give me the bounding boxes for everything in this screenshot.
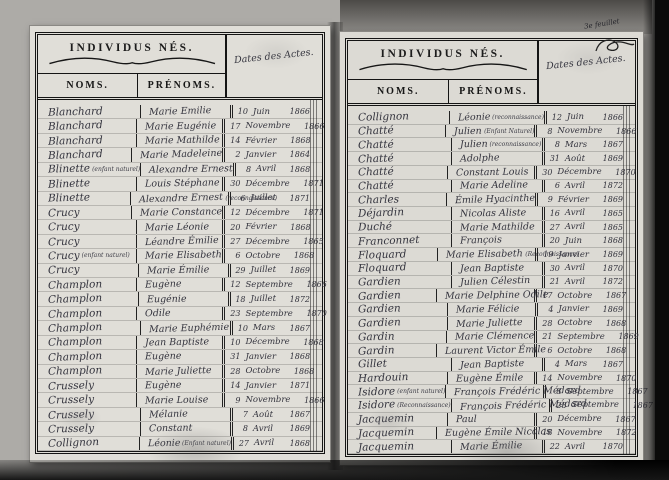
date-day: 30	[537, 168, 552, 177]
date-year: 1864	[276, 150, 322, 159]
date-year: 1866	[589, 113, 635, 122]
cell-prenoms: Émile Hyacinthe	[447, 193, 535, 206]
date-day: 28	[537, 319, 552, 328]
cell-nom: Jacquemin	[348, 440, 452, 453]
date-day: 30	[545, 264, 560, 273]
cell-nom: Crucy	[38, 220, 137, 233]
cell-nom: Crucy	[38, 264, 139, 277]
register-row: Collignon Léonie (reconnaissance) 12 Jui…	[348, 111, 635, 125]
cell-date: 27 Décembre 1865	[222, 235, 322, 248]
register-row: Jacquemin Paul 20 Décembre 1867	[348, 413, 635, 427]
cell-date: 6 Octobre 1868	[534, 344, 635, 357]
date-month: Novembre	[552, 428, 602, 438]
date-month: Octobre	[552, 346, 592, 356]
firstnames-text: Émile Hyacinthe	[455, 193, 535, 207]
date-year: 1868	[276, 439, 322, 448]
cell-nom: Blanchard	[38, 134, 137, 147]
date-day: 30	[225, 179, 240, 188]
date-month: Septembre	[552, 332, 604, 342]
date-month: Décembre	[240, 337, 289, 347]
date-month: Février	[553, 195, 589, 205]
cell-prenoms: Léonie (reconnaissance)	[450, 111, 544, 124]
firstnames-text: Marie Léonie	[145, 221, 209, 233]
surname-text: Isidore	[358, 385, 395, 398]
cell-prenoms: Marie Mathilde	[137, 134, 223, 147]
date-month: Novembre	[240, 395, 290, 405]
date-day: 6	[225, 251, 240, 260]
cell-nom: Hardouin	[348, 372, 448, 385]
cell-prenoms: François Frédéric Médard	[446, 385, 543, 398]
date-day: 18	[231, 295, 246, 304]
register-row: Blanchard Marie Madeleine 2 Janvier 1864	[38, 148, 322, 162]
firstnames-text: Marie Delphine Odile	[445, 289, 549, 302]
cell-nom: Crussely	[38, 393, 137, 406]
cell-date: 4 Mars 1867	[542, 358, 635, 371]
date-month: Janvier	[240, 381, 276, 391]
surname-text: Chatté	[358, 138, 394, 151]
firstnames-text: Eugène	[145, 380, 182, 392]
surname-text: Crucy	[48, 250, 80, 263]
cell-prenoms: Julien (Enfant Naturel)	[446, 125, 534, 138]
date-month: Mars	[248, 323, 276, 333]
date-month: Décembre	[240, 179, 289, 189]
cell-prenoms: Marie Louise	[137, 393, 223, 406]
cell-date: 22 Avril 1870	[542, 440, 635, 453]
date-day: 8	[537, 127, 552, 136]
cell-date: 10 Juin 1866	[230, 105, 322, 118]
date-year: 1871	[276, 381, 322, 390]
cell-date: 6 Octobre 1868	[222, 249, 322, 262]
surname-text: Gardien	[358, 316, 401, 330]
cell-prenoms: Marie Constance	[132, 206, 222, 219]
cell-prenoms: Constant Louis	[448, 166, 535, 179]
firstnames-text: Adolphe	[460, 152, 500, 164]
date-day: 12	[547, 113, 562, 122]
surname-text: Crussely	[48, 394, 94, 407]
date-year: 1866	[290, 396, 336, 405]
paraph-flourish-icon	[592, 36, 638, 56]
cell-date: 2 Janvier 1864	[222, 148, 322, 161]
date-year: 1868	[280, 367, 326, 376]
surname-text: Gillet	[358, 358, 387, 371]
surname-text: Charles	[358, 193, 399, 206]
date-year: 1869	[276, 266, 322, 275]
cell-prenoms: Marie Émilie	[452, 440, 542, 453]
cell-nom: Blinette	[38, 192, 131, 205]
surname-text: Crussely	[48, 408, 95, 422]
cell-prenoms: Alexandre Ernest	[141, 163, 233, 176]
firstnames-text: Marie Félicie	[456, 303, 520, 315]
cell-date: 12 Décembre 1871	[222, 206, 322, 219]
cell-nom: Crucy (enfant naturel)	[38, 249, 137, 262]
surname-text: Crussely	[48, 379, 95, 393]
register-table-right: INDIVIDUS NÉS. NOMS. PRÉNOMS. Dates des …	[347, 40, 636, 455]
cell-nom: Floquard	[348, 248, 438, 261]
surname-text: Floquard	[358, 248, 407, 261]
cell-nom: Jacquemin	[348, 413, 448, 426]
firstnames-text: Marie Clémence	[455, 331, 534, 343]
date-month: Avril	[560, 442, 589, 452]
date-day: 22	[545, 442, 560, 451]
cell-prenoms: Eugène	[137, 350, 223, 363]
date-month: Mars	[560, 140, 589, 150]
cell-date: 28 Octobre 1868	[534, 317, 635, 330]
cell-date: 4 Janvier 1869	[535, 303, 635, 316]
date-month: Avril	[560, 181, 589, 191]
date-day: 19	[538, 250, 553, 259]
firstnames-text: Marie Juliette	[145, 365, 212, 378]
cell-nom: Blanchard	[38, 119, 137, 132]
cell-date: 18 Juillet 1872	[228, 292, 322, 305]
cell-prenoms: Marie Adeline	[452, 180, 542, 193]
date-year: 1867	[592, 291, 638, 300]
surname-text: Champlon	[48, 336, 102, 349]
cell-date: 8 Avril 1869	[230, 422, 322, 435]
date-month: Avril	[251, 164, 276, 174]
surname-text: Isidore	[358, 399, 396, 412]
cell-nom: Champlon	[38, 307, 137, 320]
cell-prenoms: Marie Émilie	[139, 264, 227, 277]
cell-date: 21 Septembre 1869	[534, 331, 635, 344]
register-page-left: INDIVIDUS NÉS. NOMS. PRÉNOMS. Dates des …	[30, 26, 330, 462]
date-year: 1869	[589, 154, 635, 163]
date-year: 1872	[602, 428, 648, 437]
register-row: Charles Émile Hyacinthe 9 Février 1869	[348, 193, 635, 207]
cell-prenoms: Jean Baptiste	[137, 336, 223, 349]
register-row: Gardien Marie Félicie 4 Janvier 1869	[348, 303, 635, 317]
date-month: Octobre	[240, 366, 280, 376]
date-day: 10	[233, 107, 248, 116]
surname-text: Floquard	[358, 261, 407, 275]
register-row: Gardien Julien Célestin 21 Avril 1872	[348, 276, 635, 290]
date-year: 1867	[602, 415, 648, 424]
register-row: Duché Marie Mathilde 27 Avril 1865	[348, 221, 635, 235]
cell-date: 30 Décembre 1871	[222, 177, 322, 190]
table-header-left: INDIVIDUS NÉS. NOMS. PRÉNOMS. Dates des …	[38, 35, 322, 100]
firstnames-text: Léandre Émilie	[145, 235, 219, 248]
surname-text: Crucy	[48, 221, 80, 234]
firstnames-text: Marie Émilie	[147, 264, 209, 276]
surname-text: Hardouin	[358, 371, 409, 385]
cell-date: 12 Juin 1866	[544, 111, 635, 124]
firstnames-text: Julien Célestin	[460, 275, 530, 288]
cell-prenoms: Constant	[141, 422, 230, 435]
date-month: Avril	[560, 222, 589, 232]
firstnames-note: (reconnaissance)	[492, 114, 544, 121]
register-row: Crucy Léandre Émilie 27 Décembre 1865	[38, 235, 322, 249]
surname-text: Gardien	[358, 275, 401, 288]
date-day: 20	[545, 236, 560, 245]
cell-date: 23 Septembre 1870	[222, 307, 322, 320]
date-day: 27	[545, 223, 560, 232]
cell-nom: Gardien	[348, 276, 452, 289]
firstnames-text: Laurent Victor Émile	[445, 344, 546, 357]
surname-text: Jacquemin	[358, 440, 414, 453]
cell-date: 17 Octobre 1867	[534, 289, 635, 302]
cell-date: 10 Mars 1867	[230, 321, 322, 334]
register-row: Déjardin Nicolas Aliste 16 Avril 1865	[348, 207, 635, 221]
date-year: 1868	[280, 251, 326, 260]
date-year: 1866	[293, 280, 339, 289]
register-row: Chatté Julien (reconnaissance) 8 Mars 18…	[348, 138, 635, 152]
cell-date: 31 Janvier 1868	[222, 350, 322, 363]
cell-prenoms: François	[452, 234, 542, 247]
cell-nom: Champlon	[38, 292, 139, 305]
date-year: 1865	[589, 223, 635, 232]
cell-date: 16 Avril 1865	[542, 207, 635, 220]
firstnames-text: Marie Adeline	[460, 180, 528, 192]
date-month: Novembre	[552, 126, 602, 136]
cell-prenoms: Marie Juliette	[448, 317, 535, 330]
cell-nom: Blinette	[38, 177, 137, 190]
cell-prenoms: Eugénie	[139, 292, 227, 305]
cell-nom: Jacquemin	[348, 427, 437, 440]
date-year: 1872	[276, 295, 322, 304]
cell-date: 20 Décembre 1867	[534, 413, 635, 426]
date-month: Août	[248, 410, 276, 420]
date-year: 1866	[276, 107, 322, 116]
cell-date: 21 Avril 1872	[542, 276, 635, 289]
firstnames-text: Marie Eugénie	[145, 120, 216, 132]
date-month: Octobre	[552, 318, 592, 328]
cell-nom: Isidore (Reconnaissance)	[348, 399, 452, 412]
date-month: Juin	[248, 107, 276, 117]
cell-nom: Champlon	[38, 321, 141, 334]
surname-text: Champlon	[48, 307, 102, 320]
firstnames-text: Eugénie	[147, 293, 187, 305]
date-day: 9	[538, 195, 553, 204]
column-header-dates: Dates des Actes.	[234, 47, 314, 66]
cell-prenoms: Eugène	[137, 379, 223, 392]
register-row: Champlon Eugène 31 Janvier 1868	[38, 350, 322, 364]
cell-nom: Gardien	[348, 317, 448, 330]
date-day: 31	[545, 154, 560, 163]
date-year: 1868	[277, 136, 323, 145]
cell-date: 12 Septembre 1866	[222, 278, 322, 291]
cell-date: 14 Novembre 1870	[534, 372, 635, 385]
register-row: Chatté Adolphe 31 Août 1869	[348, 152, 635, 166]
date-month: Février	[240, 136, 276, 146]
cell-prenoms: Jean Baptiste	[452, 262, 542, 275]
surname-note: (enfant naturel)	[82, 252, 130, 259]
cell-nom: Crucy	[38, 206, 132, 219]
column-headers: NOMS. PRÉNOMS.	[348, 79, 537, 103]
date-day: 14	[225, 136, 240, 145]
cell-nom: Crussely	[38, 379, 137, 392]
cell-date: 9 Novembre 1866	[222, 393, 322, 406]
date-year: 1870	[602, 168, 648, 177]
register-row: Champlon Marie Euphémie 10 Mars 1867	[38, 321, 322, 335]
date-day: 20	[537, 415, 552, 424]
register-row: Crussely Mélanie 7 Août 1867	[38, 408, 322, 422]
surname-note: (Reconnaissance)	[397, 402, 450, 409]
surname-text: Jacquemin	[358, 426, 415, 440]
cell-date: 9 Février 1869	[535, 193, 635, 206]
register-row: Champlon Eugène 12 Septembre 1866	[38, 278, 322, 292]
date-month: Janvier	[553, 250, 589, 260]
cell-date: 14 Janvier 1871	[222, 379, 322, 392]
cell-date: 8 Mars 1867	[542, 138, 635, 151]
firstnames-text: Marie Mathilde	[460, 221, 535, 233]
cell-prenoms: Laurent Victor Émile	[437, 344, 534, 357]
scanned-register-spread: INDIVIDUS NÉS. NOMS. PRÉNOMS. Dates des …	[0, 0, 669, 480]
date-month: Juin	[560, 236, 589, 246]
header-swash-ornament	[46, 55, 218, 67]
cell-prenoms: Marie Juliette	[137, 365, 223, 378]
register-row: Floquard Marie Elisabeth (Reconnaissance…	[348, 248, 635, 262]
firstnames-text: Constant	[149, 423, 193, 435]
cell-prenoms: Adolphe	[452, 152, 542, 165]
column-header-prenoms: PRÉNOMS.	[138, 74, 225, 97]
date-year: 1869	[589, 195, 635, 204]
date-month: Janvier	[240, 352, 276, 362]
date-day: 23	[225, 309, 240, 318]
book-edge-right	[655, 0, 669, 480]
register-row: Hardouin Eugène Émile 14 Novembre 1870	[348, 372, 635, 386]
date-day: 4	[545, 360, 560, 369]
cell-prenoms: Eugène Émile	[448, 372, 535, 385]
register-row: Blanchard Marie Eugénie 17 Novembre 1866	[38, 119, 322, 133]
firstnames-text: Eugène Émile	[456, 372, 523, 384]
surname-text: Collignon	[358, 111, 409, 124]
date-month: Juillet	[246, 294, 276, 304]
register-row: Gardien Marie Delphine Odile 17 Octobre …	[348, 289, 635, 303]
cell-nom: Champlon	[38, 336, 137, 349]
cell-nom: Déjardin	[348, 207, 452, 220]
date-day: 7	[233, 410, 248, 419]
column-header-noms: NOMS.	[348, 80, 449, 103]
date-day: 17	[225, 122, 240, 131]
date-day: 10	[225, 338, 240, 347]
register-row: Crucy (enfant naturel) Marie Elisabeth 6…	[38, 249, 322, 263]
cell-nom: Champlon	[38, 365, 137, 378]
firstnames-text: Marie Madeleine	[140, 148, 222, 162]
cell-prenoms: Marie Euphémie	[141, 321, 230, 334]
date-month: Décembre	[240, 237, 289, 247]
cell-nom: Crussely	[38, 422, 141, 435]
cell-date: 6 Juillet 1871	[228, 192, 322, 205]
cell-nom: Charles	[348, 193, 447, 206]
date-day: 21	[537, 332, 552, 341]
date-month: Octobre	[240, 251, 280, 261]
date-day: 16	[545, 209, 560, 218]
surname-note: (enfant naturel)	[92, 166, 140, 173]
register-row: Champlon Odile 23 Septembre 1870	[38, 307, 322, 321]
register-body-right: Collignon Léonie (reconnaissance) 12 Jui…	[348, 106, 635, 454]
cell-date: 20 Juin 1868	[542, 234, 635, 247]
register-row: Champlon Jean Baptiste 10 Décembre 1868	[38, 336, 322, 350]
cell-prenoms: Marie Elisabeth (Reconnaissance)	[438, 248, 535, 261]
date-day: 27	[234, 439, 249, 448]
date-day: 10	[233, 324, 248, 333]
cell-nom: Gardien	[348, 289, 437, 302]
date-month: Octobre	[552, 291, 592, 301]
cell-date: 19 Janvier 1869	[535, 248, 635, 261]
date-day: 12	[225, 280, 240, 289]
date-month: Avril	[560, 263, 589, 273]
header-main-left: INDIVIDUS NÉS. NOMS. PRÉNOMS.	[38, 35, 226, 97]
register-row: Chatté Marie Adeline 6 Avril 1872	[348, 180, 635, 194]
column-headers: NOMS. PRÉNOMS.	[38, 73, 225, 97]
date-month: Novembre	[240, 121, 290, 131]
register-row: Blinette (enfant naturel) Alexandre Erne…	[38, 163, 322, 177]
cell-prenoms: Marie Léonie	[137, 220, 223, 233]
cell-prenoms: Louis Stéphane	[137, 177, 223, 190]
date-month: Juin	[562, 112, 589, 122]
firstnames-text: Marie Mathilde	[145, 134, 220, 146]
date-day: 8	[233, 424, 248, 433]
cell-nom: Chatté	[348, 180, 452, 193]
date-month: Septembre	[240, 280, 292, 290]
date-month: Août	[560, 154, 589, 164]
date-year: 1868	[276, 352, 322, 361]
cell-date: 17 Novembre 1866	[222, 119, 322, 132]
cell-prenoms: Marie Delphine Odile	[437, 289, 534, 302]
date-day: 8	[236, 165, 251, 174]
surname-text: Jacquemin	[358, 412, 414, 425]
firstnames-text: Odile	[145, 308, 171, 319]
firstnames-text: Marie Elisabeth	[145, 250, 222, 262]
firstnames-text: Julien	[460, 139, 488, 150]
cell-prenoms: Julien (reconnaissance)	[452, 138, 542, 151]
firstnames-text: Constant Louis	[456, 166, 529, 178]
book-edge-bottom	[0, 460, 669, 480]
firstnames-text: Marie Émilie	[460, 440, 523, 453]
surname-note: (enfant naturel)	[397, 388, 445, 395]
cell-date: 30 Décembre 1870	[534, 166, 635, 179]
firstnames-text: Alexandre Ernest	[149, 163, 233, 175]
register-row: Blanchard Marie Emilie 10 Juin 1866	[38, 105, 322, 119]
surname-text: Gardien	[358, 289, 401, 303]
firstnames-text: Léonie	[148, 438, 181, 450]
date-month: Décembre	[240, 208, 289, 218]
register-row: Crussely Marie Louise 9 Novembre 1866	[38, 393, 322, 407]
cell-prenoms: Marie Madeleine	[132, 148, 222, 161]
date-year: 1868	[589, 236, 635, 245]
register-row: Chatté Constant Louis 30 Décembre 1870	[348, 166, 635, 180]
date-day: 6	[231, 194, 246, 203]
date-day: 2	[225, 150, 240, 159]
scan-shadow-top	[340, 0, 652, 34]
date-day: 20	[225, 223, 240, 232]
cell-nom: Blanchard	[38, 105, 141, 118]
register-row: Champlon Eugénie 18 Juillet 1872	[38, 292, 322, 306]
surname-text: Champlon	[48, 292, 103, 306]
date-month: Juillet	[246, 265, 276, 275]
cell-prenoms: Alexandre Ernest (reconnaissance)	[131, 192, 227, 205]
cell-prenoms: Marie Clémence	[447, 331, 534, 344]
register-row: Jacquemin Marie Émilie 22 Avril 1870	[348, 440, 635, 454]
date-month: Avril	[249, 438, 276, 448]
date-year: 1870	[293, 309, 339, 318]
date-year: 1870	[589, 442, 635, 451]
surname-text: Crucy	[48, 235, 80, 248]
date-month: Juillet	[246, 193, 276, 203]
date-year: 1869	[276, 424, 322, 433]
date-day: 14	[225, 381, 240, 390]
register-row: Crussely Eugène 14 Janvier 1871	[38, 379, 322, 393]
firstnames-text: Alexandre Ernest	[139, 191, 223, 205]
date-day: 9	[225, 396, 240, 405]
date-day: 4	[538, 305, 553, 314]
date-year: 1868	[277, 223, 323, 232]
surname-text: Blinette	[48, 163, 90, 176]
date-year: 1866	[290, 122, 336, 131]
surname-text: Blinette	[48, 192, 90, 205]
date-month: Février	[240, 222, 276, 232]
surname-text: Franconnet	[358, 234, 420, 248]
date-year: 1867	[589, 140, 635, 149]
